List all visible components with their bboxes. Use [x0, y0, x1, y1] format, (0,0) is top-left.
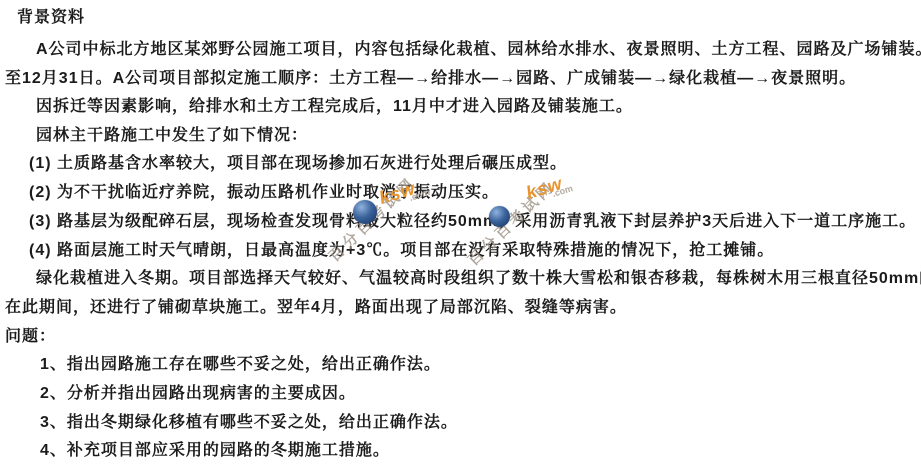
question-line: 1、指出园路施工存在哪些不妥之处，给出正确作法。 — [40, 355, 441, 375]
paragraph-line: 在此期间，还进行了铺砌草块施工。翌年4月，路面出现了局部沉陷、裂缝等病害。 — [5, 298, 627, 318]
list-item-line: (2) 为不干扰临近疗养院，振动压路机作业时取消了振动压实。 — [29, 183, 499, 203]
question-line: 3、指出冬期绿化移植有哪些不妥之处，给出正确作法。 — [40, 413, 458, 433]
background-info-heading: 背景资料 — [17, 8, 85, 28]
paragraph-line: A公司中标北方地区某郊野公园施工项目，内容包括绿化栽植、园林给水排水、夜景照明、… — [36, 40, 921, 60]
questions-heading: 问题： — [5, 327, 56, 347]
list-item-line: (4) 路面层施工时天气晴朗，日最高温度为+3℃。项目部在没有采取特殊措施的情况… — [29, 241, 774, 261]
list-item-line: (3) 路基层为级配碎石层，现场检查发现骨料最大粒径约50mm；采用沥青乳液下封… — [29, 212, 916, 232]
paragraph-line: 因拆迁等因素影响，给排水和土方工程完成后，11月中才进入园路及铺装施工。 — [36, 97, 633, 117]
paragraph-line: 绿化栽植进入冬期。项目部选择天气较好、气温较高时段组织了数十株大雪松和银杏移栽，… — [36, 269, 921, 289]
watermark-brand: ksw — [524, 173, 566, 204]
watermark-domain-suffix: .com — [551, 183, 574, 199]
question-line: 4、补充项目部应采用的园路的冬期施工措施。 — [40, 441, 390, 461]
document-page: 背景资料 A公司中标北方地区某郊野公园施工项目，内容包括绿化栽植、园林给水排水、… — [0, 0, 921, 465]
paragraph-line: 园林主干路施工中发生了如下情况： — [36, 126, 308, 146]
list-item-line: (1) 土质路基含水率较大，项目部在现场掺加石灰进行处理后碾压成型。 — [29, 154, 567, 174]
question-line: 2、分析并指出园路出现病害的主要成因。 — [40, 384, 356, 404]
paragraph-line: 至12月31日。A公司项目部拟定施工顺序：土方工程—→给排水—→园路、广成铺装—… — [5, 69, 856, 89]
